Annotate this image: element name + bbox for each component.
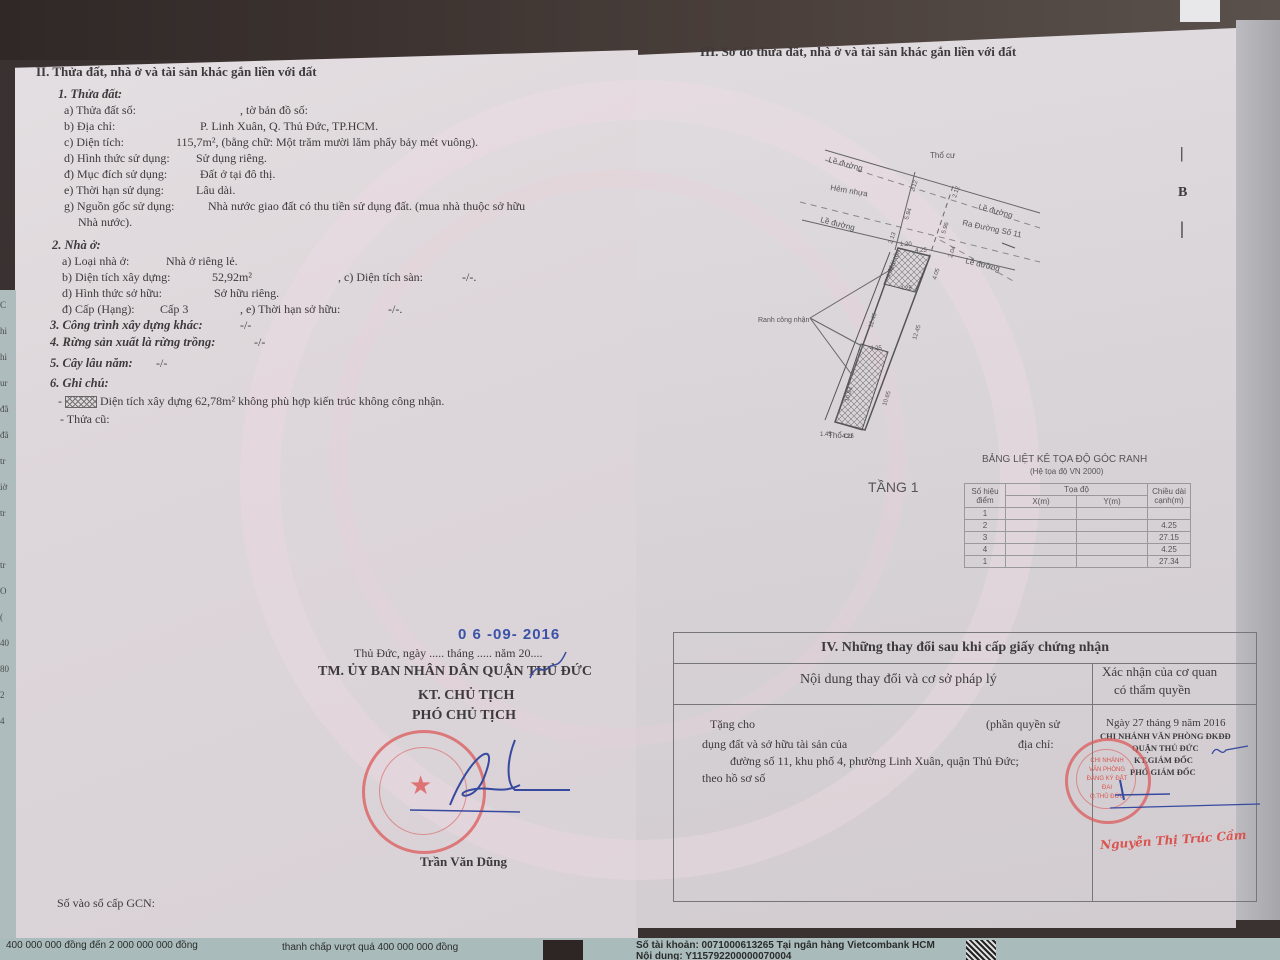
- svg-text:1.45: 1.45: [820, 432, 832, 438]
- svg-text:TẦNG 1: TẦNG 1: [868, 479, 919, 495]
- ownership-form-label: d) Hình thức sở hữu:: [62, 286, 162, 301]
- qr-code-icon: [966, 940, 996, 960]
- svg-text:4.25: 4.25: [870, 346, 882, 352]
- signature-right: [1110, 770, 1260, 810]
- background-paper-left: ChihiurđãđãtriờtrtrO(408024: [0, 290, 16, 960]
- change-address: đường số 11, khu phố 4, phường Linh Xuân…: [730, 754, 1019, 769]
- house-heading: 2. Nhà ở:: [52, 238, 101, 253]
- hatch-legend-icon: [65, 396, 97, 408]
- signature-left: [390, 735, 570, 825]
- address-label: b) Địa chỉ:: [64, 119, 115, 134]
- parcel-diagram: Lề đường Thổ cư Hẻm nhựa Lề đường Lề đườ…: [740, 140, 1160, 500]
- section-iii-title: III. Sơ đồ thửa đất, nhà ở và tài sản kh…: [700, 44, 1016, 60]
- bg-paper-account: Số tài khoản: 0071000613265 Tại ngân hàn…: [636, 940, 935, 951]
- initial-mark-right: [1210, 740, 1250, 760]
- register-no-label: Số vào sổ cấp GCN:: [57, 896, 155, 911]
- issue-date-stamp: 0 6 -09- 2016: [458, 626, 560, 643]
- change-line2: dụng đất và sở hữu tài sản của: [702, 737, 847, 752]
- coord-table: Số hiệu điểm Tọa độ Chiều dài cạnh(m) X(…: [964, 483, 1191, 568]
- use-term-value: Lâu dài.: [196, 183, 235, 198]
- note2-text: - Thửa cũ:: [60, 412, 110, 427]
- bg-paper-content: Nội dung: Y115792200000070004: [636, 951, 791, 960]
- planted-forest-heading: 4. Rừng sản xuất là rừng trồng:: [50, 335, 215, 350]
- svg-text:Hẻm nhựa: Hẻm nhựa: [830, 183, 869, 199]
- margin-mark-b: B: [1178, 185, 1187, 201]
- build-area-label: b) Diện tích xây dựng:: [62, 270, 170, 285]
- use-purpose-value: Đất ở tại đô thị.: [200, 167, 275, 182]
- ownership-term-label: , e) Thời hạn sở hữu:: [240, 302, 340, 317]
- use-form-value: Sử dụng riêng.: [196, 151, 267, 166]
- svg-text:12.45: 12.45: [868, 312, 879, 329]
- signer-name: Trần Văn Dũng: [420, 854, 507, 870]
- changes-table: IV. Những thay đổi sau khi cấp giấy chứn…: [673, 632, 1257, 902]
- bg-paper-text-1: 400 000 000 đồng đến 2 000 000 000 đồng: [6, 940, 198, 951]
- ownership-term-value: -/-.: [388, 302, 402, 317]
- grade-label: đ) Cấp (Hạng):: [62, 302, 135, 317]
- bg-paper-text-2: thanh chấp vượt quá 400 000 000 đồng: [282, 942, 458, 953]
- confirm-org-2: QUẬN THỦ ĐỨC: [1132, 743, 1199, 753]
- svg-text:Lề đường: Lề đường: [827, 155, 863, 173]
- table-row: 1: [965, 508, 1191, 520]
- ownership-form-value: Sở hữu riêng.: [214, 286, 279, 301]
- table-row: 44.25: [965, 544, 1191, 556]
- parcel-no-label: a) Thửa đất số:: [64, 103, 136, 118]
- svg-text:4.05: 4.05: [932, 267, 942, 281]
- use-form-label: d) Hình thức sử dụng:: [64, 151, 170, 166]
- svg-text:Thổ cư: Thổ cư: [930, 151, 956, 160]
- svg-text:Lề đường: Lề đường: [820, 215, 856, 232]
- sign-title-2: PHÓ CHỦ TỊCH: [412, 708, 516, 724]
- svg-text:4.25: 4.25: [900, 286, 912, 292]
- th-x: X(m): [1006, 496, 1077, 508]
- col-confirm-header-2: có thẩm quyền: [1114, 682, 1191, 698]
- bg-dark-block: [543, 940, 583, 960]
- use-term-label: e) Thời hạn sử dụng:: [64, 183, 164, 198]
- other-construction-heading: 3. Công trình xây dựng khác:: [50, 318, 203, 333]
- svg-text:Lề đường: Lề đường: [965, 256, 1001, 273]
- th-coord: Tọa độ: [1006, 484, 1148, 496]
- perennial-value: -/-: [156, 356, 167, 371]
- svg-text:12.45: 12.45: [912, 324, 923, 341]
- th-length: Chiều dài cạnh(m): [1148, 484, 1191, 508]
- use-purpose-label: đ) Mục đích sử dụng:: [64, 167, 167, 182]
- change-gift: Tặng cho: [710, 717, 755, 732]
- col-confirm-header-1: Xác nhận của cơ quan: [1102, 664, 1217, 680]
- address-value: P. Linh Xuân, Q. Thủ Đức, TP.HCM.: [200, 119, 378, 134]
- table-row: 24.25: [965, 520, 1191, 532]
- margin-mark-2: |: [1180, 218, 1184, 239]
- map-sheet-label: , tờ bản đồ số:: [240, 103, 308, 118]
- origin-label: g) Nguồn gốc sử dụng:: [64, 199, 175, 214]
- area-label: c) Diện tích:: [64, 135, 124, 150]
- note-dash: -: [58, 394, 65, 408]
- th-y: Y(m): [1077, 496, 1148, 508]
- origin-value-cont: Nhà nước).: [78, 215, 132, 230]
- issue-date-line: Thủ Đức, ngày ..... tháng ..... năm 20..…: [354, 646, 542, 661]
- svg-text:Ra Đường Số 11: Ra Đường Số 11: [962, 218, 1023, 239]
- perennial-heading: 5. Cây lâu năm:: [50, 356, 133, 371]
- svg-text:5.96: 5.96: [941, 221, 951, 235]
- initial-mark: [528, 650, 568, 680]
- area-value: 115,7m², (bằng chữ: Một trăm mười lăm ph…: [176, 135, 478, 150]
- land-heading: 1. Thửa đất:: [58, 87, 122, 102]
- th-point: Số hiệu điểm: [965, 484, 1006, 508]
- section-ii-title: II. Thửa đất, nhà ở và tài sản khác gắn …: [36, 64, 317, 80]
- changes-title: IV. Những thay đổi sau khi cấp giấy chứn…: [674, 633, 1256, 664]
- coord-table-subtitle: (Hệ tọa độ VN 2000): [1030, 467, 1103, 476]
- other-construction-value: -/-: [240, 318, 251, 333]
- svg-text:4.25: 4.25: [842, 434, 854, 440]
- svg-text:Ranh công nhận: Ranh công nhận: [758, 317, 809, 324]
- house-type-value: Nhà ở riêng lẻ.: [166, 254, 238, 269]
- change-address-label: địa chỉ:: [1018, 737, 1054, 752]
- light-glare: [1180, 0, 1220, 22]
- table-row: 327.15: [965, 532, 1191, 544]
- table-row: 127.34: [965, 556, 1191, 568]
- confirm-signer: Nguyễn Thị Trúc Cầm: [1100, 828, 1247, 852]
- confirm-date: Ngày 27 tháng 9 năm 2016: [1106, 717, 1225, 729]
- svg-text:2.12: 2.12: [910, 179, 920, 193]
- planted-forest-value: -/-: [254, 335, 265, 350]
- origin-value: Nhà nước giao đất có thu tiền sử dụng đấ…: [208, 199, 525, 214]
- svg-text:10.65: 10.65: [882, 390, 893, 407]
- change-file-no: theo hồ sơ số: [702, 771, 765, 786]
- margin-mark-1: |: [1180, 145, 1184, 163]
- changes-column-headers: Nội dung thay đổi và cơ sở pháp lý Xác n…: [674, 664, 1256, 705]
- svg-text:1.20: 1.20: [900, 242, 912, 248]
- change-share: (phần quyền sử: [986, 717, 1060, 732]
- notes-heading: 6. Ghi chú:: [50, 376, 109, 391]
- coord-table-title: BẢNG LIỆT KÊ TỌA ĐỘ GÓC RANH: [982, 454, 1147, 465]
- house-type-label: a) Loại nhà ở:: [62, 254, 129, 269]
- svg-text:2.12: 2.12: [952, 185, 962, 199]
- svg-text:4.25: 4.25: [915, 248, 927, 254]
- col-content-header: Nội dung thay đổi và cơ sở pháp lý: [800, 672, 997, 688]
- build-area-value: 52,92m²: [212, 270, 252, 285]
- sign-title-1: KT. CHỦ TỊCH: [418, 688, 514, 704]
- grade-value: Cấp 3: [160, 302, 188, 317]
- floor-area-label: , c) Diện tích sàn:: [338, 270, 423, 285]
- svg-text:Lề đường: Lề đường: [977, 202, 1013, 220]
- floor-area-value: -/-.: [462, 270, 476, 285]
- note1-row: - Diện tích xây dựng 62,78m² không phù h…: [58, 394, 444, 409]
- note1-text: Diện tích xây dựng 62,78m² không phù hợp…: [100, 394, 444, 408]
